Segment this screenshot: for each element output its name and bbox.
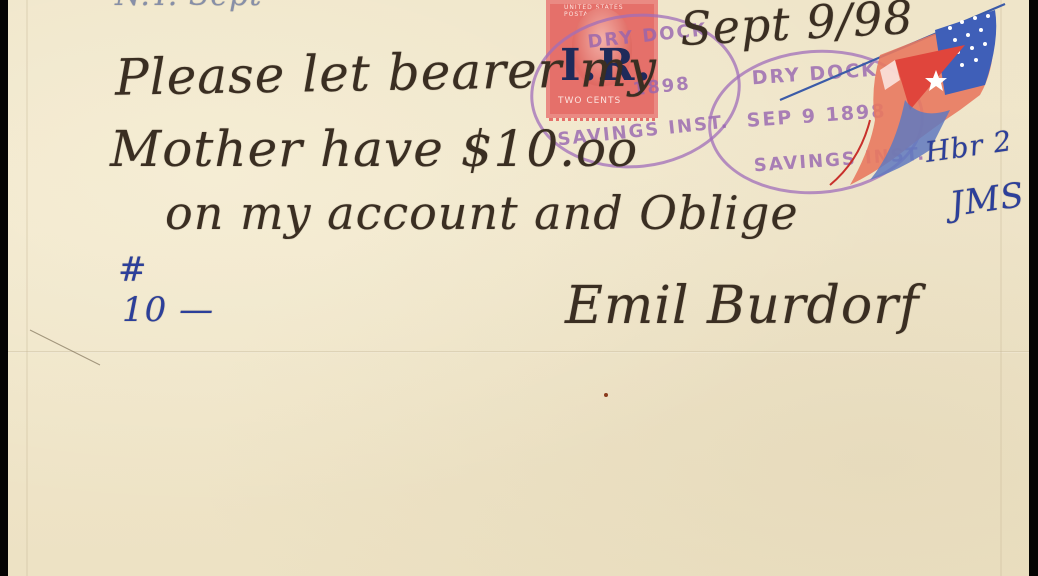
crease-mark bbox=[0, 0, 1038, 576]
